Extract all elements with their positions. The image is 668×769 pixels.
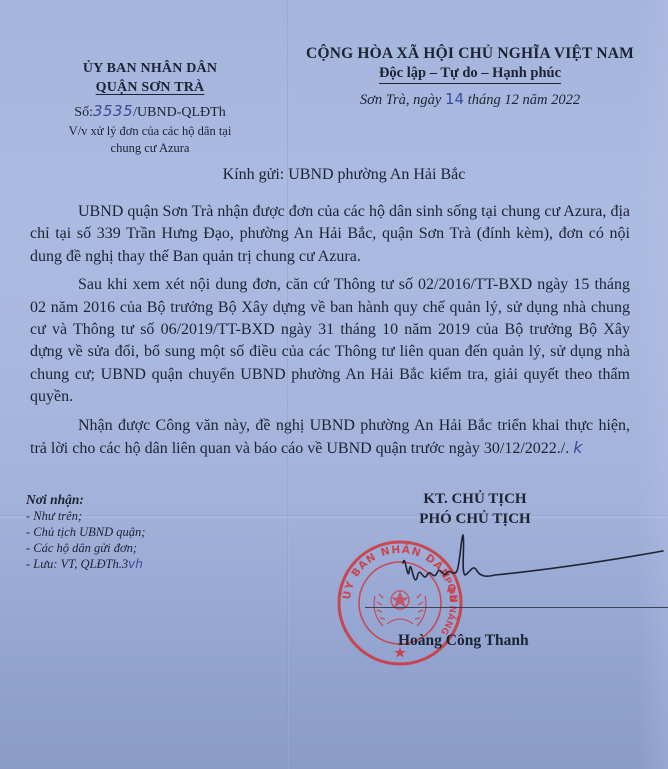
handwritten-initial: vh <box>128 557 143 571</box>
svg-text:ỦY BAN NHÂN DÂN QUẬN SƠN TRÀ: ỦY BAN NHÂN DÂN QUẬN SƠN TRÀ <box>335 538 459 605</box>
doc-number-prefix: Số: <box>74 105 93 120</box>
issuing-authority-header: ỦY BAN NHÂN DÂN QUẬN SƠN TRÀ Số:3535/UBN… <box>30 60 270 156</box>
body-paragraph-2: Sau khi xem xét nội dung đơn, căn cứ Thô… <box>30 274 630 408</box>
recipient-item: - Chủ tịch UBND quận; <box>26 524 226 540</box>
date-day-handwritten: 14 <box>445 90 464 108</box>
recipient-item: - Như trên; <box>26 508 226 524</box>
nation-title: CỘNG HÒA XÃ HỘI CHỦ NGHĨA VIỆT NAM <box>285 44 655 64</box>
recipient-item-text: - Lưu: VT, QLĐTh.3 <box>26 557 128 571</box>
doc-number-suffix: /UBND-QLĐTh <box>133 105 226 120</box>
paper-shading <box>638 0 668 769</box>
body-paragraph-1: UBND quận Sơn Trà nhận được đơn của các … <box>30 201 630 268</box>
handwritten-signature-icon <box>395 533 665 603</box>
recipient-item: - Lưu: VT, QLĐTh.3vh <box>26 556 226 572</box>
subject-line-2: chung cư Azura <box>30 140 270 156</box>
signer-name: Hoàng Công Thanh <box>398 631 529 651</box>
body-paragraph-3-text: Nhận được Công văn này, đề nghị UBND phư… <box>30 417 630 457</box>
svg-text:TP ĐÀ NẴNG: TP ĐÀ NẴNG <box>438 570 459 637</box>
letter-body: UBND quận Sơn Trà nhận được đơn của các … <box>30 201 630 466</box>
authority-name: ỦY BAN NHÂN DÂN <box>30 60 270 78</box>
national-motto: Độc lập – Tự do – Hạnh phúc <box>379 64 561 84</box>
signature-block: KT. CHỦ TỊCH PHÓ CHỦ TỊCH <box>360 489 590 529</box>
national-header: CỘNG HÒA XÃ HỘI CHỦ NGHĨA VIỆT NAM Độc l… <box>285 44 655 109</box>
body-paragraph-3: Nhận được Công văn này, đề nghị UBND phư… <box>30 415 630 461</box>
doc-number-handwritten: 3535 <box>93 102 133 120</box>
recipients-title: Nơi nhận: <box>26 491 226 508</box>
document-number: Số:3535/UBND-QLĐTh <box>30 102 270 122</box>
signature-line <box>365 607 668 608</box>
subject-line-1: V/v xử lý đơn của các hộ dân tại <box>30 123 270 139</box>
date-suffix: tháng 12 năm 2022 <box>464 92 580 108</box>
recipient-item: - Các hộ dân gửi đơn; <box>26 540 226 556</box>
signer-title-1: KT. CHỦ TỊCH <box>360 489 590 509</box>
signer-title-2: PHÓ CHỦ TỊCH <box>360 509 590 529</box>
district-name: QUẬN SƠN TRÀ <box>96 79 205 97</box>
issue-date: Sơn Trà, ngày 14 tháng 12 năm 2022 <box>285 90 655 109</box>
date-prefix: Sơn Trà, ngày <box>360 92 445 108</box>
handwritten-initial: k <box>573 438 582 457</box>
addressee: Kính gửi: UBND phường An Hải Bắc <box>0 165 668 185</box>
recipients-list: Nơi nhận: - Như trên; - Chủ tịch UBND qu… <box>26 491 226 572</box>
